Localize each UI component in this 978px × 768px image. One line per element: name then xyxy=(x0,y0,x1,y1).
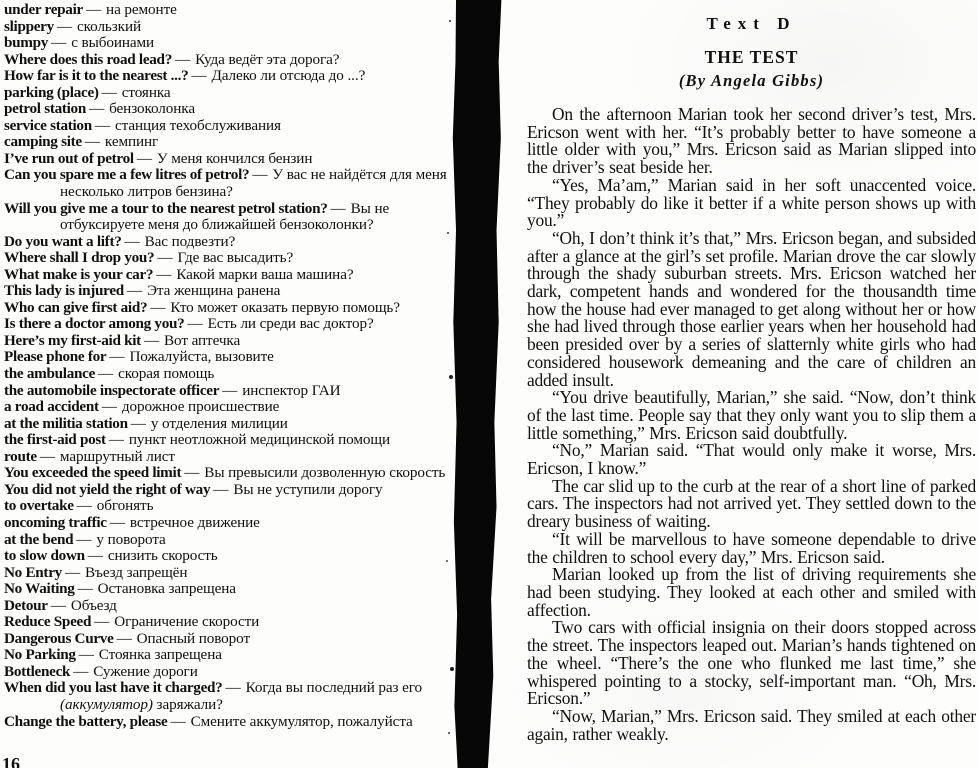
term-ru: Вы превысили дозволенную скорость xyxy=(204,464,445,481)
list-item: I’ve run out of petrol—У меня кончился б… xyxy=(4,151,456,168)
term-en: Bottleneck xyxy=(4,663,70,680)
list-item: the first-aid post—пункт неотложной меди… xyxy=(4,432,456,449)
term-ru: с выбоинами xyxy=(71,34,154,51)
term-en: the first-aid post xyxy=(4,431,106,448)
separator-dash: — xyxy=(85,547,108,564)
term-ru: Когда вы последний раз его xyxy=(246,679,422,696)
separator-dash: — xyxy=(54,18,77,35)
term-en: No Waiting xyxy=(4,580,75,597)
list-item: under repair—на ремонте xyxy=(4,2,456,19)
list-item: You did not yield the right of way—Вы не… xyxy=(4,482,456,499)
term-en: Here’s my first-aid kit xyxy=(4,332,141,349)
term-ru: кемпинг xyxy=(105,133,158,150)
separator-dash: — xyxy=(83,1,106,18)
term-en: to slow down xyxy=(4,547,85,564)
list-item: to slow down—снизить скорость xyxy=(4,548,456,565)
term-en: Do you want a lift? xyxy=(4,233,122,250)
term-ru: станция техобслуживания xyxy=(115,117,281,134)
term-ru: Есть ли среди вас доктор? xyxy=(208,315,374,332)
term-ru: Пожалуйста, вызовите xyxy=(129,348,273,365)
story-paragraph: “You drive beautifully, Marian,” she sai… xyxy=(527,389,976,442)
term-ru: дорожное происшествие xyxy=(122,398,279,415)
list-item: Please phone for—Пожалуйста, вызовите xyxy=(4,349,456,366)
list-item: petrol station—бензоколонка xyxy=(4,101,456,118)
story-paragraph: “It will be marvellous to have someone d… xyxy=(527,531,976,566)
separator-dash: — xyxy=(134,150,157,167)
list-item: Reduce Speed—Ограничение скорости xyxy=(4,614,456,631)
term-en: Detour xyxy=(4,597,48,614)
separator-dash: — xyxy=(73,531,96,548)
term-en: No Parking xyxy=(4,646,76,663)
term-ru: маршрутный лист xyxy=(60,448,175,465)
list-item: Dangerous Curve—Опасный поворот xyxy=(4,631,456,648)
separator-dash: — xyxy=(48,34,71,51)
list-item: When did you last have it charged?—Когда… xyxy=(4,680,456,713)
list-item: Will you give me a tour to the nearest p… xyxy=(4,201,456,234)
term-ru: встречное движение xyxy=(130,514,260,531)
separator-dash: — xyxy=(188,67,211,84)
term-ru: скользкий xyxy=(77,18,141,35)
scan-speckles xyxy=(449,20,451,22)
list-item: a road accident—дорожное происшествие xyxy=(4,399,456,416)
term-en: oncoming traffic xyxy=(4,514,107,531)
term-en: No Entry xyxy=(4,564,62,581)
term-en: under repair xyxy=(4,1,83,18)
term-ru: Вас подвезти? xyxy=(145,233,236,250)
term-en: How far is it to the nearest ...? xyxy=(4,67,188,84)
term-ru-after: заряжали? xyxy=(153,696,223,713)
separator-dash: — xyxy=(86,100,109,117)
term-ru: Сужение дороги xyxy=(93,663,197,680)
separator-dash: — xyxy=(153,266,176,283)
separator-dash: — xyxy=(106,348,129,365)
separator-dash: — xyxy=(154,249,177,266)
term-en: Dangerous Curve xyxy=(4,630,114,647)
list-item: No Waiting—Остановка запрещена xyxy=(4,581,456,598)
term-en: Who can give first aid? xyxy=(4,299,147,316)
separator-dash: — xyxy=(76,646,99,663)
list-item: Who can give first aid?—Кто может оказат… xyxy=(4,300,456,317)
separator-dash: — xyxy=(70,663,93,680)
story-paragraph: Marian looked up from the list of drivin… xyxy=(527,566,976,619)
term-en: the ambulance xyxy=(4,365,95,382)
separator-dash: — xyxy=(95,365,118,382)
list-item: You exceeded the speed limit—Вы превысил… xyxy=(4,465,456,482)
list-item: Do you want a lift?—Вас подвезти? xyxy=(4,234,456,251)
page-number: 16 xyxy=(2,754,20,768)
separator-dash: — xyxy=(222,679,245,696)
term-ru: пункт неотложной медицинской помощи xyxy=(129,431,390,448)
story-body: On the afternoon Marian took her second … xyxy=(527,106,976,743)
list-item: service station—станция техобслуживания xyxy=(4,118,456,135)
separator-dash: — xyxy=(37,448,60,465)
term-ru: Смените аккумулятор, пожалуйста xyxy=(191,713,413,730)
list-item: to overtake—обгонять xyxy=(4,498,456,515)
book-gutter-shadow xyxy=(449,0,503,768)
term-en: Is there a doctor among you? xyxy=(4,315,184,332)
term-ru: на ремонте xyxy=(106,1,177,18)
story-paragraph: Two cars with official insignia on their… xyxy=(527,619,976,708)
term-en: route xyxy=(4,448,37,465)
text-label: Text D xyxy=(527,14,976,34)
term-en: slippery xyxy=(4,18,54,35)
term-en: camping site xyxy=(4,133,82,150)
term-en: at the militia station xyxy=(4,415,128,432)
term-ru: снизить скорость xyxy=(108,547,218,564)
list-item: No Entry—Въезд запрещён xyxy=(4,565,456,582)
list-item: This lady is injured—Эта женщина ранена xyxy=(4,283,456,300)
term-ru: обгонять xyxy=(97,497,154,514)
separator-dash: — xyxy=(92,117,115,134)
story-byline: (By Angela Gibbs) xyxy=(527,71,976,91)
list-item: camping site—кемпинг xyxy=(4,134,456,151)
term-en: This lady is injured xyxy=(4,282,124,299)
separator-dash: — xyxy=(75,580,98,597)
left-page: under repair—на ремонте slippery—скользк… xyxy=(4,2,456,730)
separator-dash: — xyxy=(147,299,170,316)
list-item: at the bend—у поворота xyxy=(4,532,456,549)
list-item: No Parking—Стоянка запрещена xyxy=(4,647,456,664)
separator-dash: — xyxy=(167,713,190,730)
story-paragraph: “Oh, I don’t think it’s that,” Mrs. Eric… xyxy=(527,230,976,389)
term-ru: Куда ведёт эта дорога? xyxy=(195,51,339,68)
term-ru: Опасный поворот xyxy=(137,630,250,647)
story-paragraph: “Now, Marian,” Mrs. Ericson said. They s… xyxy=(527,708,976,743)
list-item: How far is it to the nearest ...?—Далеко… xyxy=(4,68,456,85)
list-item: oncoming traffic—встречное движение xyxy=(4,515,456,532)
separator-dash: — xyxy=(99,398,122,415)
separator-dash: — xyxy=(106,431,129,448)
list-item: Is there a doctor among you?—Есть ли сре… xyxy=(4,316,456,333)
list-item: at the militia station—у отделения милиц… xyxy=(4,416,456,433)
list-item: slippery—скользкий xyxy=(4,19,456,36)
term-en: You did not yield the right of way xyxy=(4,481,210,498)
separator-dash: — xyxy=(141,332,164,349)
separator-dash: — xyxy=(184,315,207,332)
term-en: Change the battery, please xyxy=(4,713,167,730)
separator-dash: — xyxy=(107,514,130,531)
list-item: bumpy—с выбоинами xyxy=(4,35,456,52)
term-ru: Вы не уступили дорогу xyxy=(233,481,382,498)
term-en: the automobile inspectorate officer xyxy=(4,382,219,399)
story-title: THE TEST xyxy=(527,47,976,68)
separator-dash: — xyxy=(82,133,105,150)
term-en: What make is your car? xyxy=(4,266,153,283)
book-scan: under repair—на ремонте slippery—скользк… xyxy=(0,0,978,768)
separator-dash: — xyxy=(99,84,122,101)
list-item: parking (place)—стоянка xyxy=(4,85,456,102)
term-ru: Ограничение скорости xyxy=(114,613,259,630)
list-item: Change the battery, please—Смените аккум… xyxy=(4,714,456,731)
term-en: When did you last have it charged? xyxy=(4,679,222,696)
term-en: Please phone for xyxy=(4,348,106,365)
term-en: Will you give me a tour to the nearest p… xyxy=(4,200,328,217)
right-page: Text D THE TEST (By Angela Gibbs) On the… xyxy=(527,0,976,743)
list-item: Bottleneck—Сужение дороги xyxy=(4,664,456,681)
list-item: Detour—Объезд xyxy=(4,598,456,615)
list-item: route—маршрутный лист xyxy=(4,449,456,466)
term-ru: у отделения милиции xyxy=(151,415,288,432)
separator-dash: — xyxy=(181,464,204,481)
list-item: the automobile inspectorate officer—инсп… xyxy=(4,383,456,400)
term-ru: Кто может оказать первую помощь? xyxy=(170,299,400,316)
term-en: to overtake xyxy=(4,497,74,514)
term-ru: скорая помощь xyxy=(118,365,214,382)
term-ru: бензоколонка xyxy=(109,100,195,117)
list-item: Can you spare me a few litres of petrol?… xyxy=(4,167,456,200)
term-en: petrol station xyxy=(4,100,86,117)
separator-dash: — xyxy=(219,382,242,399)
separator-dash: — xyxy=(124,282,147,299)
term-ru: Вот аптечка xyxy=(164,332,240,349)
separator-dash: — xyxy=(122,233,145,250)
separator-dash: — xyxy=(128,415,151,432)
term-ru: инспектор ГАИ xyxy=(242,382,340,399)
term-en: Where shall I drop you? xyxy=(4,249,154,266)
list-item: Where does this road lead?—Куда ведёт эт… xyxy=(4,52,456,69)
separator-dash: — xyxy=(249,166,272,183)
term-en: parking (place) xyxy=(4,84,99,101)
story-paragraph: “Yes, Ma’am,” Marian said in her soft un… xyxy=(527,177,976,230)
term-ru: Где вас высадить? xyxy=(177,249,293,266)
separator-dash: — xyxy=(328,200,351,217)
term-ru: Остановка запрещена xyxy=(98,580,236,597)
separator-dash: — xyxy=(210,481,233,498)
separator-dash: — xyxy=(172,51,195,68)
term-ru: Въезд запрещён xyxy=(85,564,187,581)
term-ru: у поворота xyxy=(96,531,165,548)
term-ru: Далеко ли отсюда до ...? xyxy=(212,67,366,84)
term-en: a road accident xyxy=(4,398,99,415)
term-en: bumpy xyxy=(4,34,48,51)
term-en: I’ve run out of petrol xyxy=(4,150,134,167)
story-paragraph: The car slid up to the curb at the rear … xyxy=(527,478,976,531)
term-ru: Какой марки ваша машина? xyxy=(176,266,353,283)
separator-dash: — xyxy=(62,564,85,581)
term-en: at the bend xyxy=(4,531,73,548)
term-ru: стоянка xyxy=(122,84,171,101)
term-ru: У меня кончился бензин xyxy=(157,150,312,167)
term-ru: Стоянка запрещена xyxy=(99,646,222,663)
list-item: Where shall I drop you?—Где вас высадить… xyxy=(4,250,456,267)
story-paragraph: On the afternoon Marian took her second … xyxy=(527,106,976,177)
separator-dash: — xyxy=(114,630,137,647)
term-en: Where does this road lead? xyxy=(4,51,172,68)
term-ru: Объезд xyxy=(71,597,117,614)
term-ru-italic: (аккумулятор) xyxy=(60,696,153,713)
separator-dash: — xyxy=(91,613,114,630)
separator-dash: — xyxy=(48,597,71,614)
term-en: Can you spare me a few litres of petrol? xyxy=(4,166,249,183)
story-paragraph: “No,” Marian said. “That would only make… xyxy=(527,442,976,477)
separator-dash: — xyxy=(74,497,97,514)
vocab-list: under repair—на ремонте slippery—скользк… xyxy=(4,2,456,730)
list-item: What make is your car?—Какой марки ваша … xyxy=(4,267,456,284)
term-ru: Эта женщина ранена xyxy=(147,282,280,299)
list-item: Here’s my first-aid kit—Вот аптечка xyxy=(4,333,456,350)
term-en: service station xyxy=(4,117,92,134)
list-item: the ambulance—скорая помощь xyxy=(4,366,456,383)
term-en: You exceeded the speed limit xyxy=(4,464,181,481)
term-en: Reduce Speed xyxy=(4,613,91,630)
